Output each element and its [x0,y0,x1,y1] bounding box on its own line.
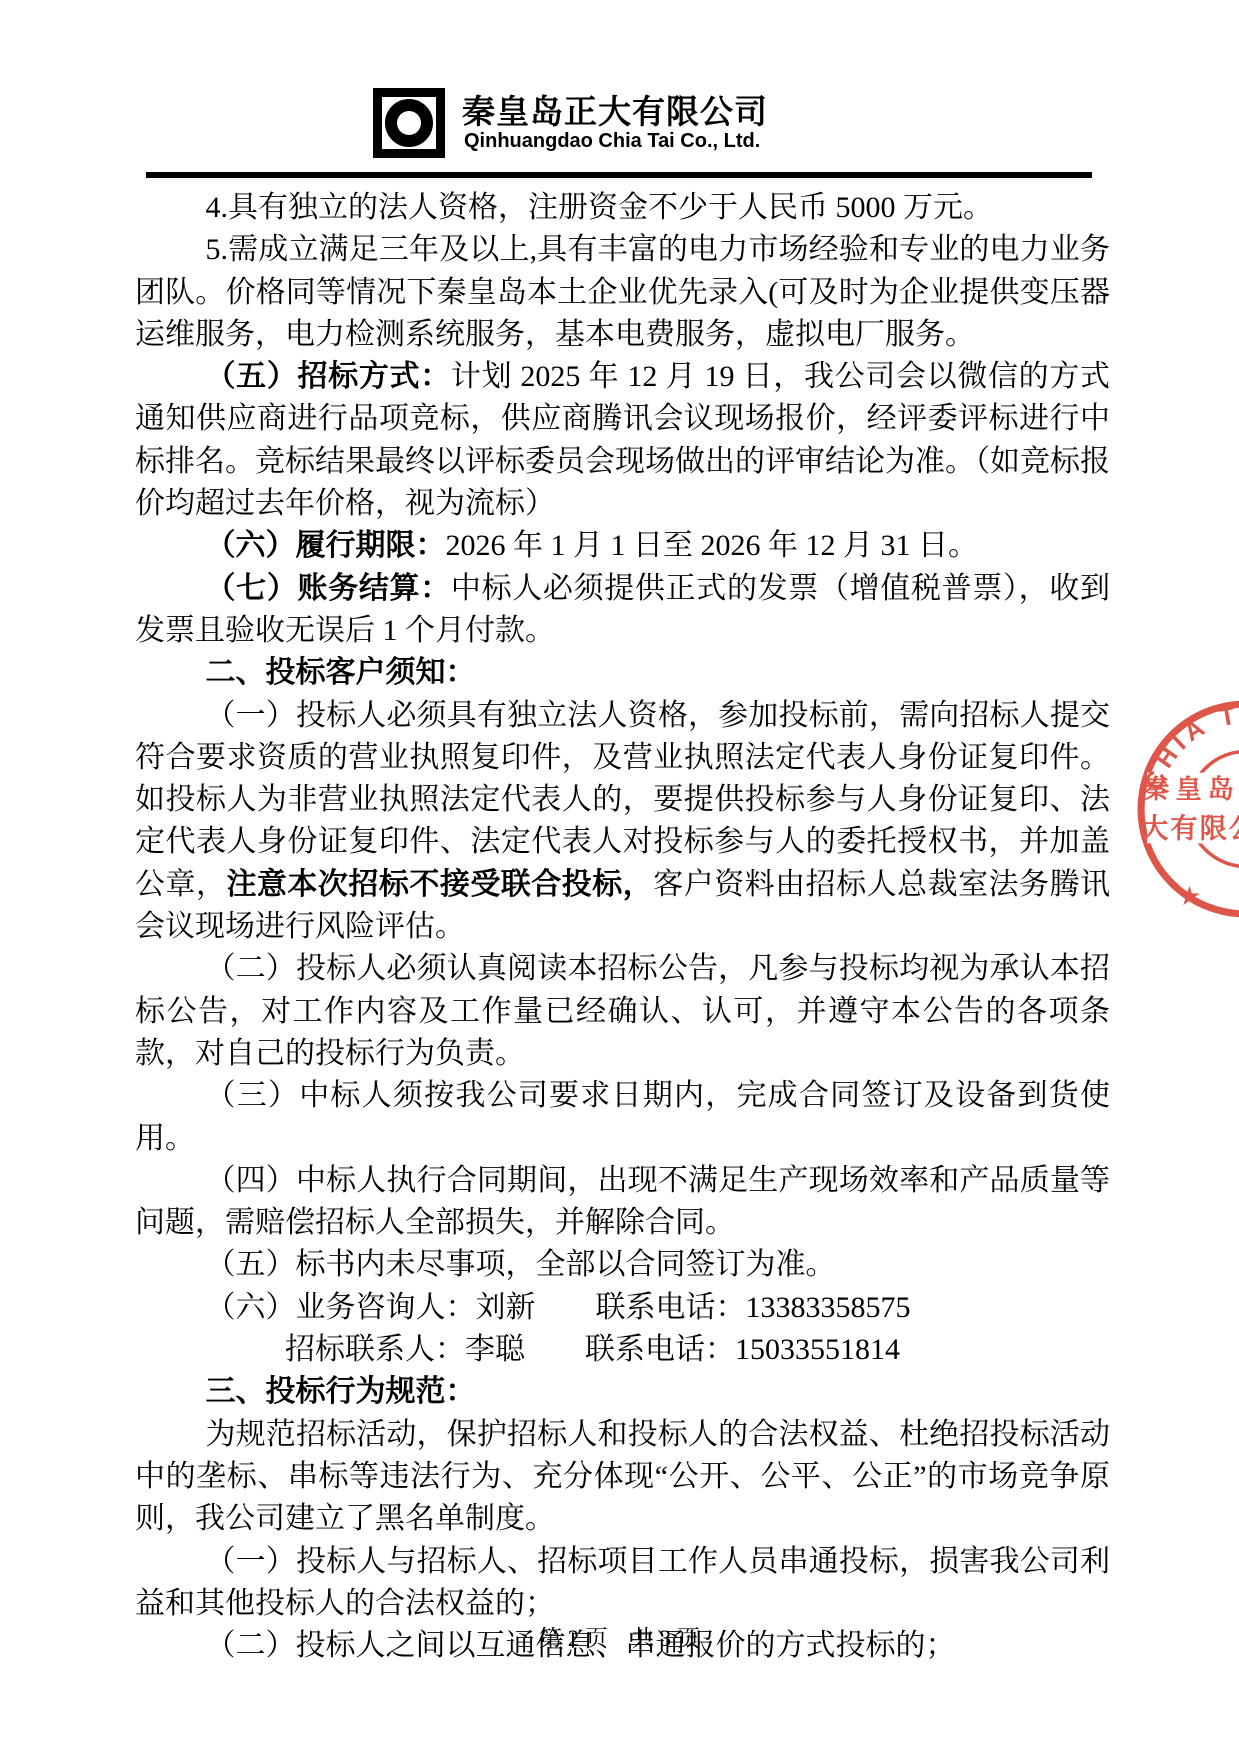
text-run: 二、投标客户须知： [206,656,476,689]
document-paragraph: 二、投标客户须知： [135,652,1110,694]
text-run: 为规范招标活动，保护招标人和投标人的合法权益、杜绝招投标活动中的垄标、串标等违法… [135,1418,1110,1536]
text-run: （五）招标方式： [206,360,451,393]
document-paragraph: （一）投标人必须具有独立法人资格，参加投标前，需向招标人提交符合要求资质的营业执… [135,695,1110,949]
header-divider [146,172,1092,178]
logo-ring-icon [385,99,433,147]
document-paragraph: （二）投标人必须认真阅读本招标公告，凡参与投标均视为承认本招标公告，对工作内容及… [135,948,1110,1075]
document-paragraph: 5.需成立满足三年及以上,具有丰富的电力市场经验和专业的电力业务团队。价格同等情… [135,229,1110,356]
text-run: （三）中标人须按我公司要求日期内，完成合同签订及设备到货使用。 [135,1079,1110,1154]
document-paragraph: 为规范招标活动，保护招标人和投标人的合法权益、杜绝招投标活动中的垄标、串标等违法… [135,1414,1110,1541]
document-paragraph: （五）招标方式：计划 2025 年 12 月 19 日，我公司会以微信的方式通知… [135,356,1110,525]
text-run: （二）投标人必须认真阅读本招标公告，凡参与投标均视为承认本招标公告，对工作内容及… [135,952,1110,1070]
text-run: （七）账务结算： [206,572,451,605]
seal-star-icon: ★ [1178,881,1202,911]
company-seal-stamp: CHIA TAI 秦皇岛正 大有限公司 ★ [1137,700,1239,918]
text-run: 招标联系人：李聪 联系电话：15033551814 [285,1333,900,1366]
text-run: （四）中标人执行合同期间，出现不满足生产现场效率和产品质量等问题，需赔偿招标人全… [135,1164,1110,1239]
document-paragraph: 招标联系人：李聪 联系电话：15033551814 [135,1329,1110,1371]
text-run: （六）履行期限： [206,529,446,562]
document-paragraph: （六）业务咨询人：刘新 联系电话：13383358575 [135,1287,1110,1329]
document-paragraph: 4.具有独立的法人资格，注册资金不少于人民币 5000 万元。 [135,187,1110,229]
text-run: （五）标书内未尽事项，全部以合同签订为准。 [206,1248,836,1281]
text-run: 三、投标行为规范： [206,1375,476,1408]
text-run: （一）投标人与招标人、招标项目工作人员串通投标，损害我公司利益和其他投标人的合法… [135,1545,1110,1620]
text-run: 2026 年 1 月 1 日至 2026 年 12 月 31 日。 [446,529,979,562]
document-paragraph: （六）履行期限：2026 年 1 月 1 日至 2026 年 12 月 31 日… [135,525,1110,567]
company-name-en: Qinhuangdao Chia Tai Co., Ltd. [464,130,760,153]
seal-row2-text: 大有限公司 [1141,812,1239,843]
document-paragraph: 三、投标行为规范： [135,1371,1110,1413]
document-paragraph: （七）账务结算：中标人必须提供正式的发票（增值税普票），收到发票且验收无误后 1… [135,568,1110,653]
document-body: 4.具有独立的法人资格，注册资金不少于人民币 5000 万元。5.需成立满足三年… [135,187,1110,1667]
document-paragraph: （五）标书内未尽事项，全部以合同签订为准。 [135,1244,1110,1286]
document-paragraph: （三）中标人须按我公司要求日期内，完成合同签订及设备到货使用。 [135,1075,1110,1160]
document-paragraph: （四）中标人执行合同期间，出现不满足生产现场效率和产品质量等问题，需赔偿招标人全… [135,1160,1110,1245]
text-run: （六）业务咨询人：刘新 联系电话：13383358575 [206,1291,911,1324]
document-page: 秦皇岛正大有限公司 Qinhuangdao Chia Tai Co., Ltd.… [0,0,1239,1754]
document-paragraph: （一）投标人与招标人、招标项目工作人员串通投标，损害我公司利益和其他投标人的合法… [135,1541,1110,1626]
text-run: 4.具有独立的法人资格，注册资金不少于人民币 5000 万元。 [206,191,994,224]
chia-tai-logo [373,88,445,158]
page-number: 第 2 页 共 3 页 [0,1620,1239,1653]
text-run: 5.需成立满足三年及以上,具有丰富的电力市场经验和专业的电力业务团队。价格同等情… [135,233,1110,351]
company-name-cn: 秦皇岛正大有限公司 [462,86,768,133]
text-run: 注意本次招标不接受联合投标， [226,868,653,901]
seal-row1-text: 秦皇岛正 [1143,774,1239,804]
